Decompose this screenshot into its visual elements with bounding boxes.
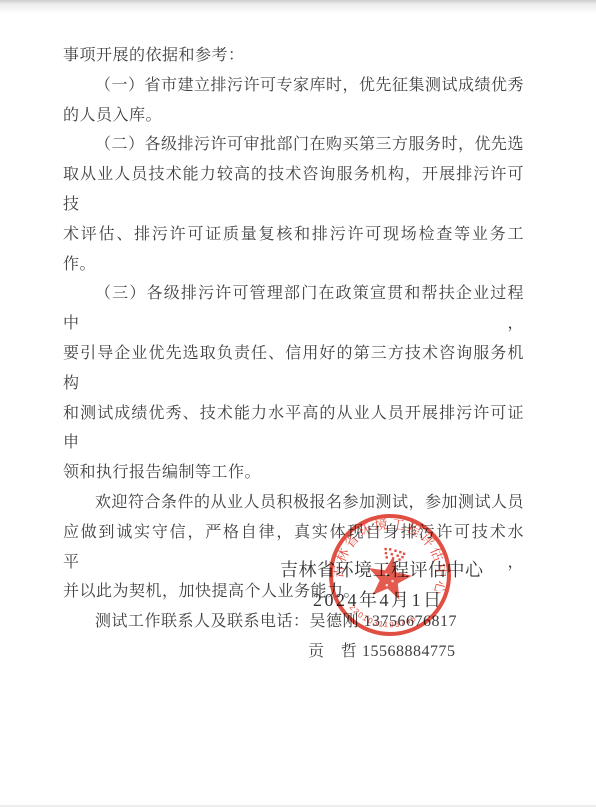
text-line: 领和执行报告编制等工作。 — [63, 458, 524, 488]
star-icon — [365, 552, 415, 601]
paragraph-item-1: （一）省市建立排污许可专家库时，优先征集测试成绩优秀的人员入库。 — [63, 71, 524, 131]
scan-edge-top — [0, 0, 596, 14]
text-line: 并以此为契机，加快提高个人业务能力。 — [63, 577, 524, 607]
document-page: 事项开展的依据和参考： （一）省市建立排污许可专家库时，优先征集测试成绩优秀的人… — [0, 0, 596, 807]
text-line: 和测试成绩优秀、技术能力水平高的从业人员开展排污许可证申 — [63, 399, 524, 459]
seal-security-pattern — [383, 547, 406, 561]
paragraph-item-2: （二）各级排污许可审批部门在购买第三方服务时，优先选取从业人员技术能力较高的技术… — [63, 130, 524, 279]
text-line: 取从业人员技术能力较高的技术咨询服务机构，开展排污许可技 — [63, 160, 524, 220]
contact-line-2: 贡 哲 15568884775 — [308, 637, 524, 667]
star-speckle — [385, 573, 388, 576]
text-line: 测试工作联系人及联系电话：吴德刚 13756676817 — [63, 607, 524, 637]
contact-line-1: 测试工作联系人及联系电话：吴德刚 13756676817 — [63, 607, 524, 637]
text-line: （二）各级排污许可审批部门在购买第三方服务时，优先选 — [63, 130, 524, 160]
star-speckle — [386, 584, 389, 587]
text-line: 要引导企业优先选取负责任、信用好的第三方技术咨询服务机构 — [63, 339, 524, 399]
seal-rotated-group: 吉林省环境工程评估中心 2201031193748 — [327, 512, 453, 638]
text-line: 的人员入库。 — [63, 101, 524, 131]
text-line: 贡 哲 15568884775 — [308, 637, 524, 667]
text-line: 事项开展的依据和参考： — [63, 41, 524, 71]
paragraph-item-3: （三）各级排污许可管理部门在政策宣贯和帮扶企业过程中，要引导企业优先选取负责任、… — [63, 279, 524, 488]
star-speckle — [391, 580, 394, 583]
official-seal: 吉林省环境工程评估中心 2201031193748 — [327, 512, 453, 638]
paragraph-closing: 欢迎符合条件的从业人员积极报名参加测试，参加测试人员应做到诚实守信，严格自律，真… — [63, 488, 524, 607]
text-line: 术评估、排污许可证质量复核和排污许可现场检查等业务工作。 — [63, 220, 524, 280]
text-line: 欢迎符合条件的从业人员积极报名参加测试，参加测试人员 — [63, 488, 524, 518]
text-line: （三）各级排污许可管理部门在政策宣贯和帮扶企业过程中， — [63, 279, 524, 339]
text-line: （一）省市建立排污许可专家库时，优先征集测试成绩优秀 — [63, 71, 524, 101]
paragraph-intro: 事项开展的依据和参考： — [63, 41, 524, 71]
